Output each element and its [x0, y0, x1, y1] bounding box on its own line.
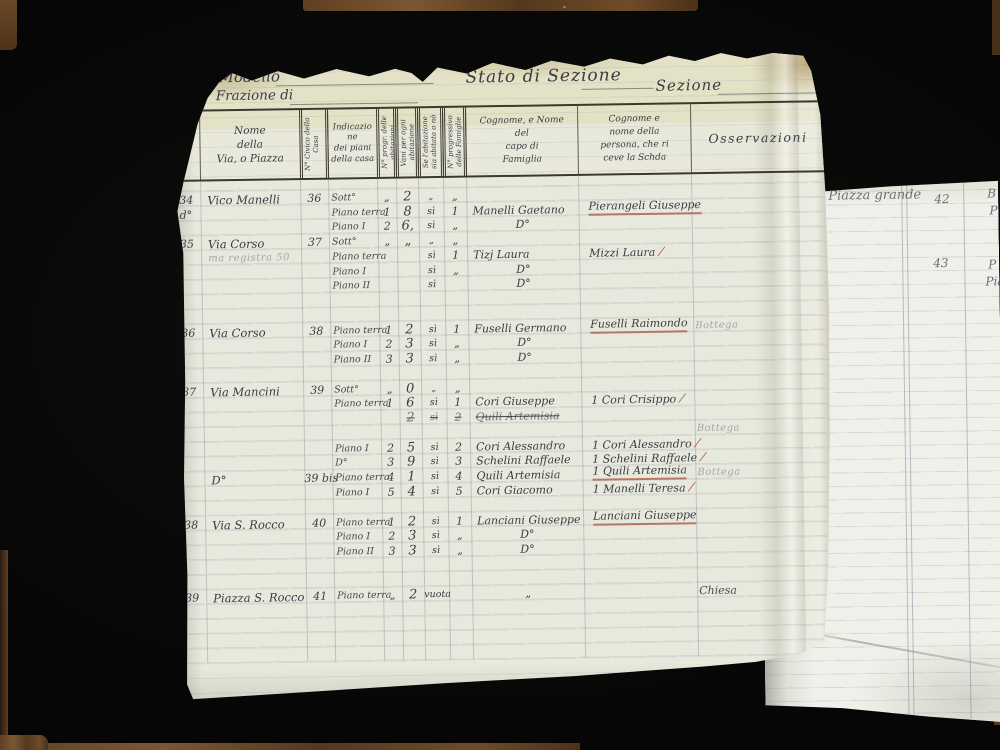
- wood-table-edge-bottom: [0, 743, 580, 750]
- column-header-n1: N° progr. delle abitazioni: [376, 109, 397, 177]
- blank-rule-line: [276, 83, 434, 86]
- modello-label: Modello: [218, 67, 280, 86]
- wood-table-edge-topleft: [0, 0, 17, 50]
- column-header-ab: Se l'abitazione sia abitata o nò: [417, 108, 444, 176]
- blank-rule-line: [718, 92, 818, 94]
- page-title: Stato di Sezione: [465, 65, 621, 87]
- sezione-label: Sezione: [656, 76, 723, 95]
- page2-text-fragment: Pia: [985, 274, 1000, 288]
- page2-street-name: Piazza grande: [828, 187, 921, 203]
- blank-rule-line: [290, 102, 418, 105]
- page2-text-fragment: B: [987, 186, 996, 200]
- wood-table-edge-topright: [992, 0, 1000, 55]
- page2-house-number: 43: [933, 256, 948, 270]
- page2-text-fragment: Pi: [989, 203, 1000, 217]
- ruled-lines-body: [179, 167, 828, 668]
- page2-text-fragment: P: [988, 257, 996, 271]
- wood-table-edge-left: [0, 550, 8, 750]
- frazione-label: Frazione di: [216, 87, 294, 104]
- dust-speck: [563, 6, 566, 8]
- wood-table-edge-bottomleft: [0, 735, 48, 750]
- column-header-n2: N° progressivo delle Famiglie: [442, 108, 467, 176]
- column-header-ricev: Cognome enome dellapersona, che riceve l…: [577, 104, 691, 174]
- column-header-civ: N° Civico della Casa: [299, 110, 329, 178]
- blank-rule-line: [582, 88, 654, 90]
- column-header-oss: Osservazioni: [690, 102, 825, 172]
- column-header-piano: Indicazionedei pianidella casa: [327, 109, 377, 178]
- wood-table-edge-top: [303, 0, 698, 11]
- page2-house-number: 42: [934, 192, 949, 206]
- photo-scene: Piazza grande 42 43 BPiPPia Modello Fraz…: [0, 0, 1000, 750]
- column-header-via: NomedellaVia, o Piazza: [199, 110, 300, 179]
- column-header-no: [174, 112, 200, 180]
- column-header-vani: Vani per ogni abitazione: [395, 108, 419, 176]
- census-sheet-page1: Modello Frazione di Stato di Sezione Sez…: [173, 50, 834, 704]
- column-header-capo: Cognome, e Nomedelcapo diFamiglia: [465, 106, 578, 176]
